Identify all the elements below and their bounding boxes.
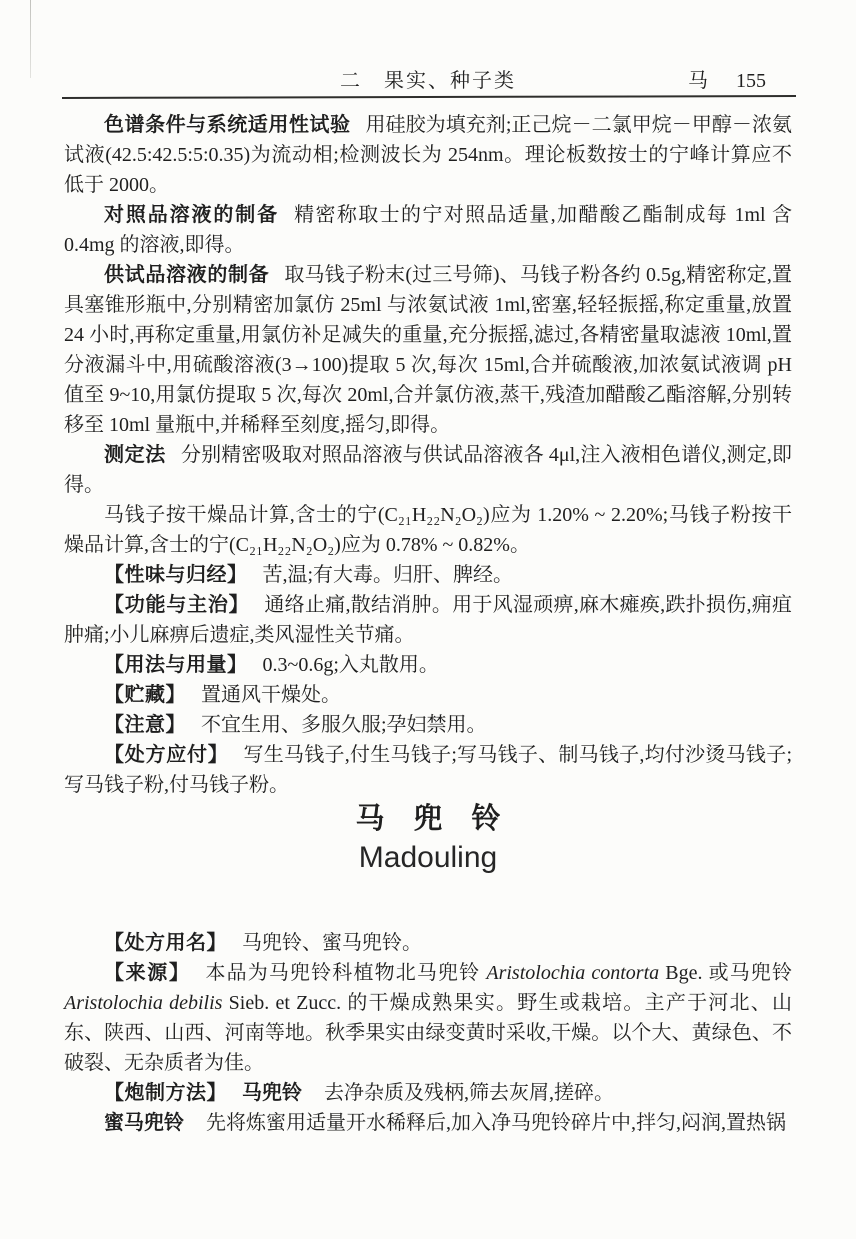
section-label: 【性味与归经】: [104, 564, 248, 586]
paragraph-text: 分别精密吸取对照品溶液与供试品溶液各 4μl,注入液相色谱仪,测定,即得。: [64, 444, 792, 496]
paragraph-text: 置通风干燥处。: [201, 684, 341, 706]
para-test-solution: 供试品溶液的制备取马钱子粉末(过三号筛)、马钱子粉各约 0.5g,精密称定,置具…: [64, 260, 792, 440]
section-label: 色谱条件与系统适用性试验: [104, 114, 351, 136]
header-page-number: 155: [736, 70, 766, 92]
latin-name-1: Aristolochia contorta: [486, 962, 659, 984]
section-label: 【用法与用量】: [104, 654, 248, 676]
header-rule: [62, 95, 796, 99]
para-dispensing: 【处方应付】写生马钱子,付生马钱子;写马钱子、制马钱子,均付沙烫马钱子;写马钱子…: [64, 740, 792, 800]
scan-edge-artifact: [30, 0, 31, 78]
para-properties-meridians: 【性味与归经】苦,温;有大毒。归肝、脾经。: [64, 560, 792, 590]
paragraph-text: 马兜铃、蜜马兜铃。: [242, 932, 422, 954]
paragraph-text: 去净杂质及残柄,筛去灰屑,搓碎。: [324, 1082, 614, 1104]
para-caution: 【注意】不宜生用、多服久服;孕妇禁用。: [64, 710, 792, 740]
header-index-char: 马: [688, 70, 708, 92]
header-page-ref: 马155: [688, 64, 766, 93]
page-body: 色谱条件与系统适用性试验用硅胶为填充剂;正己烷－二氯甲烷－甲醇－浓氨试液(42.…: [64, 110, 792, 1138]
monograph-title: 马 兜 铃: [64, 800, 792, 838]
section-label: 【处方应付】: [104, 744, 229, 766]
paragraph-text: 不宜生用、多服久服;孕妇禁用。: [201, 714, 487, 736]
para-reference-solution: 对照品溶液的制备精密称取士的宁对照品适量,加醋酸乙酯制成每 1ml 含 0.4m…: [64, 200, 792, 260]
processing-item-name: 马兜铃: [242, 1082, 302, 1104]
paragraph-text: 0.3~0.6g;入丸散用。: [263, 654, 439, 676]
document-page: 二 果实、种子类 马155 色谱条件与系统适用性试验用硅胶为填充剂;正己烷－二氯…: [0, 0, 856, 1239]
latin-name-2: Aristolochia debilis: [64, 992, 222, 1014]
para-assay-method: 测定法分别精密吸取对照品溶液与供试品溶液各 4μl,注入液相色谱仪,测定,即得。: [64, 440, 792, 500]
section-label: 【贮藏】: [104, 684, 186, 706]
paragraph-text: 苦,温;有大毒。归肝、脾经。: [263, 564, 514, 586]
paragraph-text: 取马钱子粉末(过三号筛)、马钱子粉各约 0.5g,精密称定,置具塞锥形瓶中,分别…: [64, 264, 792, 436]
section-label: 【功能与主治】: [104, 594, 249, 616]
paragraph-text: 马钱子按干燥品计算,含士的宁(C₂₁H₂₂N₂O₂)应为 1.20% ~ 2.2…: [64, 504, 792, 556]
header-section-title: 二 果实、种子类: [64, 64, 792, 93]
section-label: 对照品溶液的制备: [104, 204, 279, 226]
paragraph-text: 本品为马兜铃科植物北马兜铃: [206, 962, 487, 984]
para-processing-method: 【炮制方法】马兜铃去净杂质及残柄,筛去灰屑,搓碎。: [64, 1078, 792, 1108]
para-chromatography: 色谱条件与系统适用性试验用硅胶为填充剂;正己烷－二氯甲烷－甲醇－浓氨试液(42.…: [64, 110, 792, 200]
para-source: 【来源】本品为马兜铃科植物北马兜铃 Aristolochia contorta …: [64, 958, 792, 1078]
para-processing-honey: 蜜马兜铃先将炼蜜用适量开水稀释后,加入净马兜铃碎片中,拌匀,闷润,置热锅: [64, 1108, 792, 1138]
section-label: 测定法: [104, 444, 166, 466]
page-header: 二 果实、种子类 马155: [64, 64, 792, 92]
section-label: 【来源】: [104, 962, 191, 984]
paragraph-text: Bge. 或马兜铃: [659, 962, 792, 984]
para-dosage: 【用法与用量】0.3~0.6g;入丸散用。: [64, 650, 792, 680]
paragraph-text: 先将炼蜜用适量开水稀释后,加入净马兜铃碎片中,拌匀,闷润,置热锅: [206, 1112, 786, 1134]
monograph-title-pinyin: Madouling: [64, 838, 792, 878]
para-functions-indications: 【功能与主治】通络止痛,散结消肿。用于风湿顽痹,麻木瘫痪,跌扑损伤,痈疽肿痛;小…: [64, 590, 792, 650]
section-label: 【处方用名】: [104, 932, 227, 954]
para-storage: 【贮藏】置通风干燥处。: [64, 680, 792, 710]
para-prescription-names: 【处方用名】马兜铃、蜜马兜铃。: [64, 928, 792, 958]
para-content-limits: 马钱子按干燥品计算,含士的宁(C₂₁H₂₂N₂O₂)应为 1.20% ~ 2.2…: [64, 500, 792, 560]
section-label: 供试品溶液的制备: [104, 264, 269, 286]
section-label: 【注意】: [104, 714, 186, 736]
processing-item-name: 蜜马兜铃: [104, 1112, 184, 1134]
section-label: 【炮制方法】: [104, 1082, 227, 1104]
